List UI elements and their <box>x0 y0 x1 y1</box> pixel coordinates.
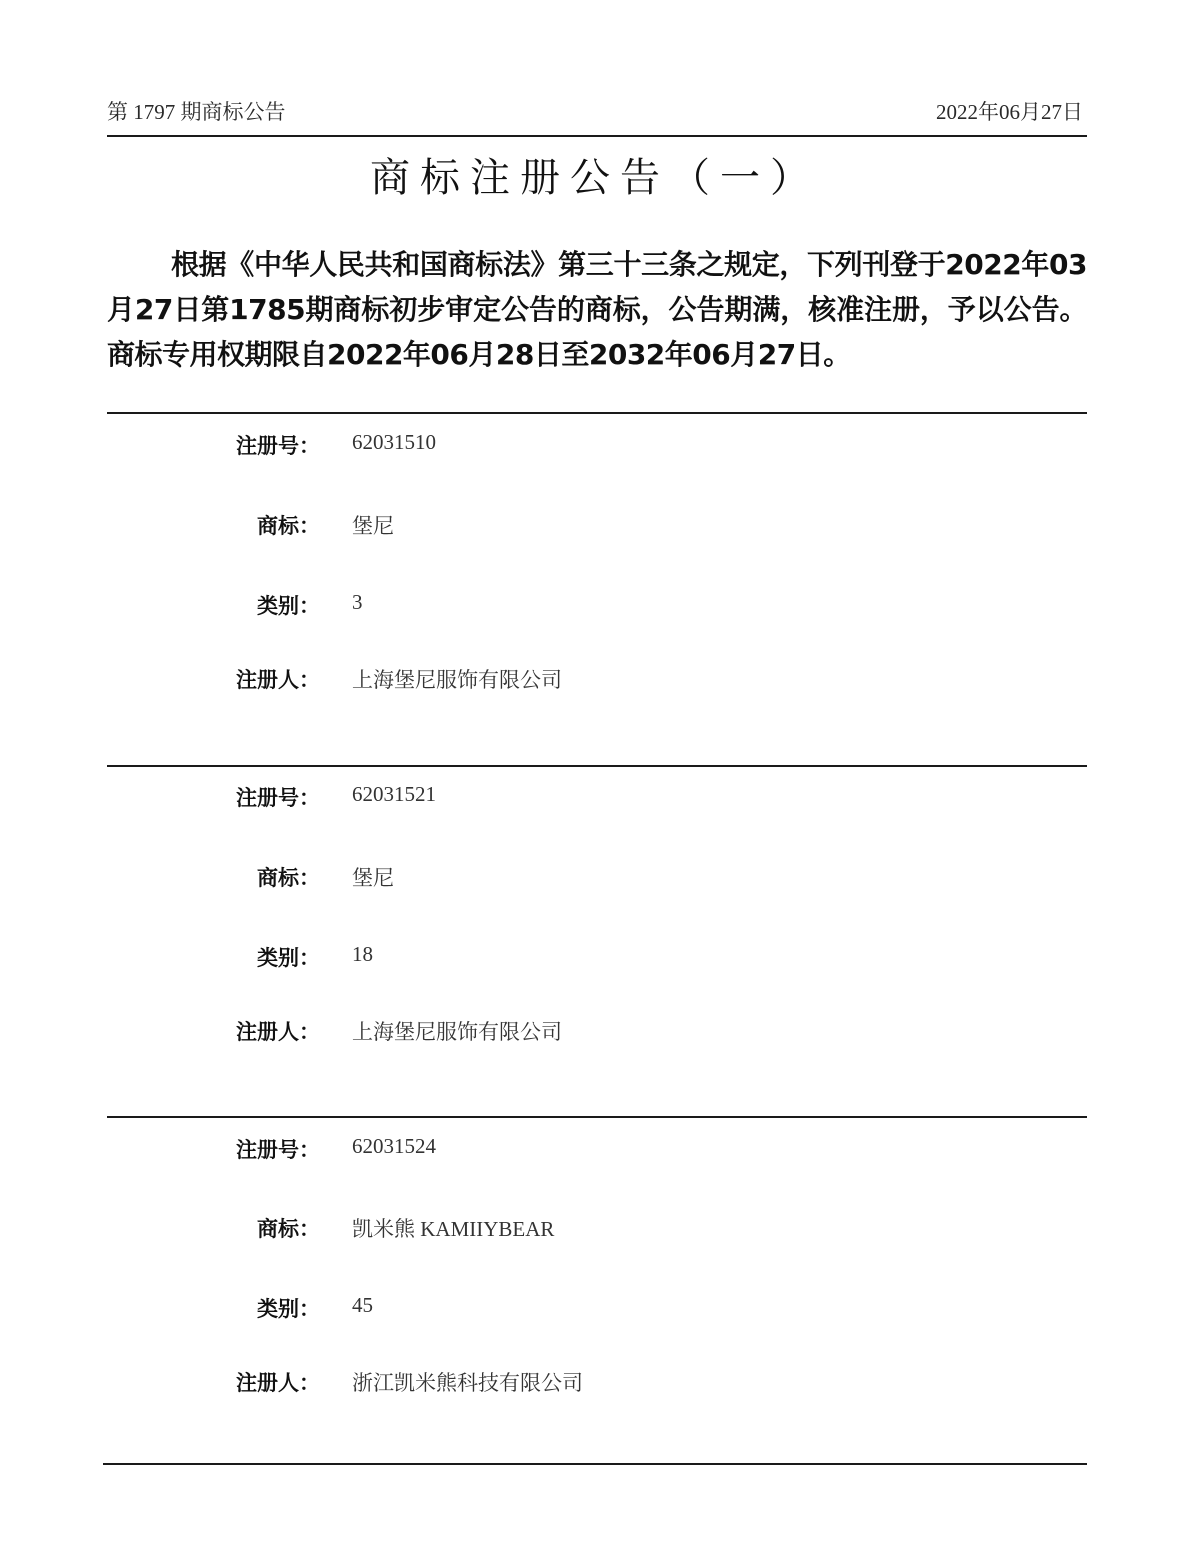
value-registrant: 浙江凯米熊科技有限公司 <box>352 1367 583 1397</box>
value-reg-no: 62031524 <box>352 1134 436 1159</box>
label-class: 类别： <box>257 1293 320 1323</box>
publication-date: 2022年06月27日 <box>936 96 1083 126</box>
intro-paragraph: 根据《中华人民共和国商标法》第三十三条之规定，下列刊登于2022年03月27日第… <box>107 242 1087 377</box>
value-class: 18 <box>352 942 373 967</box>
issue-number: 第 1797 期商标公告 <box>107 96 286 126</box>
field-reg-no: 注册号： 62031510 <box>0 430 1190 460</box>
value-registrant: 上海堡尼服饰有限公司 <box>352 664 562 694</box>
label-class: 类别： <box>257 590 320 620</box>
value-reg-no: 62031510 <box>352 430 436 455</box>
label-registrant: 注册人： <box>236 1016 320 1046</box>
value-mark: 凯米熊 KAMIIYBEAR <box>352 1213 554 1243</box>
field-class: 类别： 18 <box>0 942 1190 972</box>
value-class: 3 <box>352 590 363 615</box>
label-mark: 商标： <box>257 1213 320 1243</box>
record-separator <box>107 412 1087 414</box>
field-reg-no: 注册号： 62031521 <box>0 782 1190 812</box>
value-mark: 堡尼 <box>352 510 394 540</box>
page-title: 商标注册公告（一） <box>0 146 1190 203</box>
value-mark: 堡尼 <box>352 862 394 892</box>
field-mark: 商标： 堡尼 <box>0 510 1190 540</box>
header-rule <box>107 135 1087 137</box>
label-registrant: 注册人： <box>236 664 320 694</box>
field-mark: 商标： 堡尼 <box>0 862 1190 892</box>
field-registrant: 注册人： 浙江凯米熊科技有限公司 <box>0 1367 1190 1397</box>
label-reg-no: 注册号： <box>236 1134 320 1164</box>
value-registrant: 上海堡尼服饰有限公司 <box>352 1016 562 1046</box>
label-mark: 商标： <box>257 510 320 540</box>
field-mark: 商标： 凯米熊 KAMIIYBEAR <box>0 1213 1190 1243</box>
field-registrant: 注册人： 上海堡尼服饰有限公司 <box>0 664 1190 694</box>
label-class: 类别： <box>257 942 320 972</box>
field-registrant: 注册人： 上海堡尼服饰有限公司 <box>0 1016 1190 1046</box>
label-reg-no: 注册号： <box>236 782 320 812</box>
label-reg-no: 注册号： <box>236 430 320 460</box>
label-mark: 商标： <box>257 862 320 892</box>
label-registrant: 注册人： <box>236 1367 320 1397</box>
field-reg-no: 注册号： 62031524 <box>0 1134 1190 1164</box>
page-header: 第 1797 期商标公告 2022年06月27日 <box>107 96 1085 128</box>
footer-rule <box>103 1463 1087 1465</box>
field-class: 类别： 3 <box>0 590 1190 620</box>
value-class: 45 <box>352 1293 373 1318</box>
record-separator <box>107 765 1087 767</box>
field-class: 类别： 45 <box>0 1293 1190 1323</box>
value-reg-no: 62031521 <box>352 782 436 807</box>
record-separator <box>107 1116 1087 1118</box>
